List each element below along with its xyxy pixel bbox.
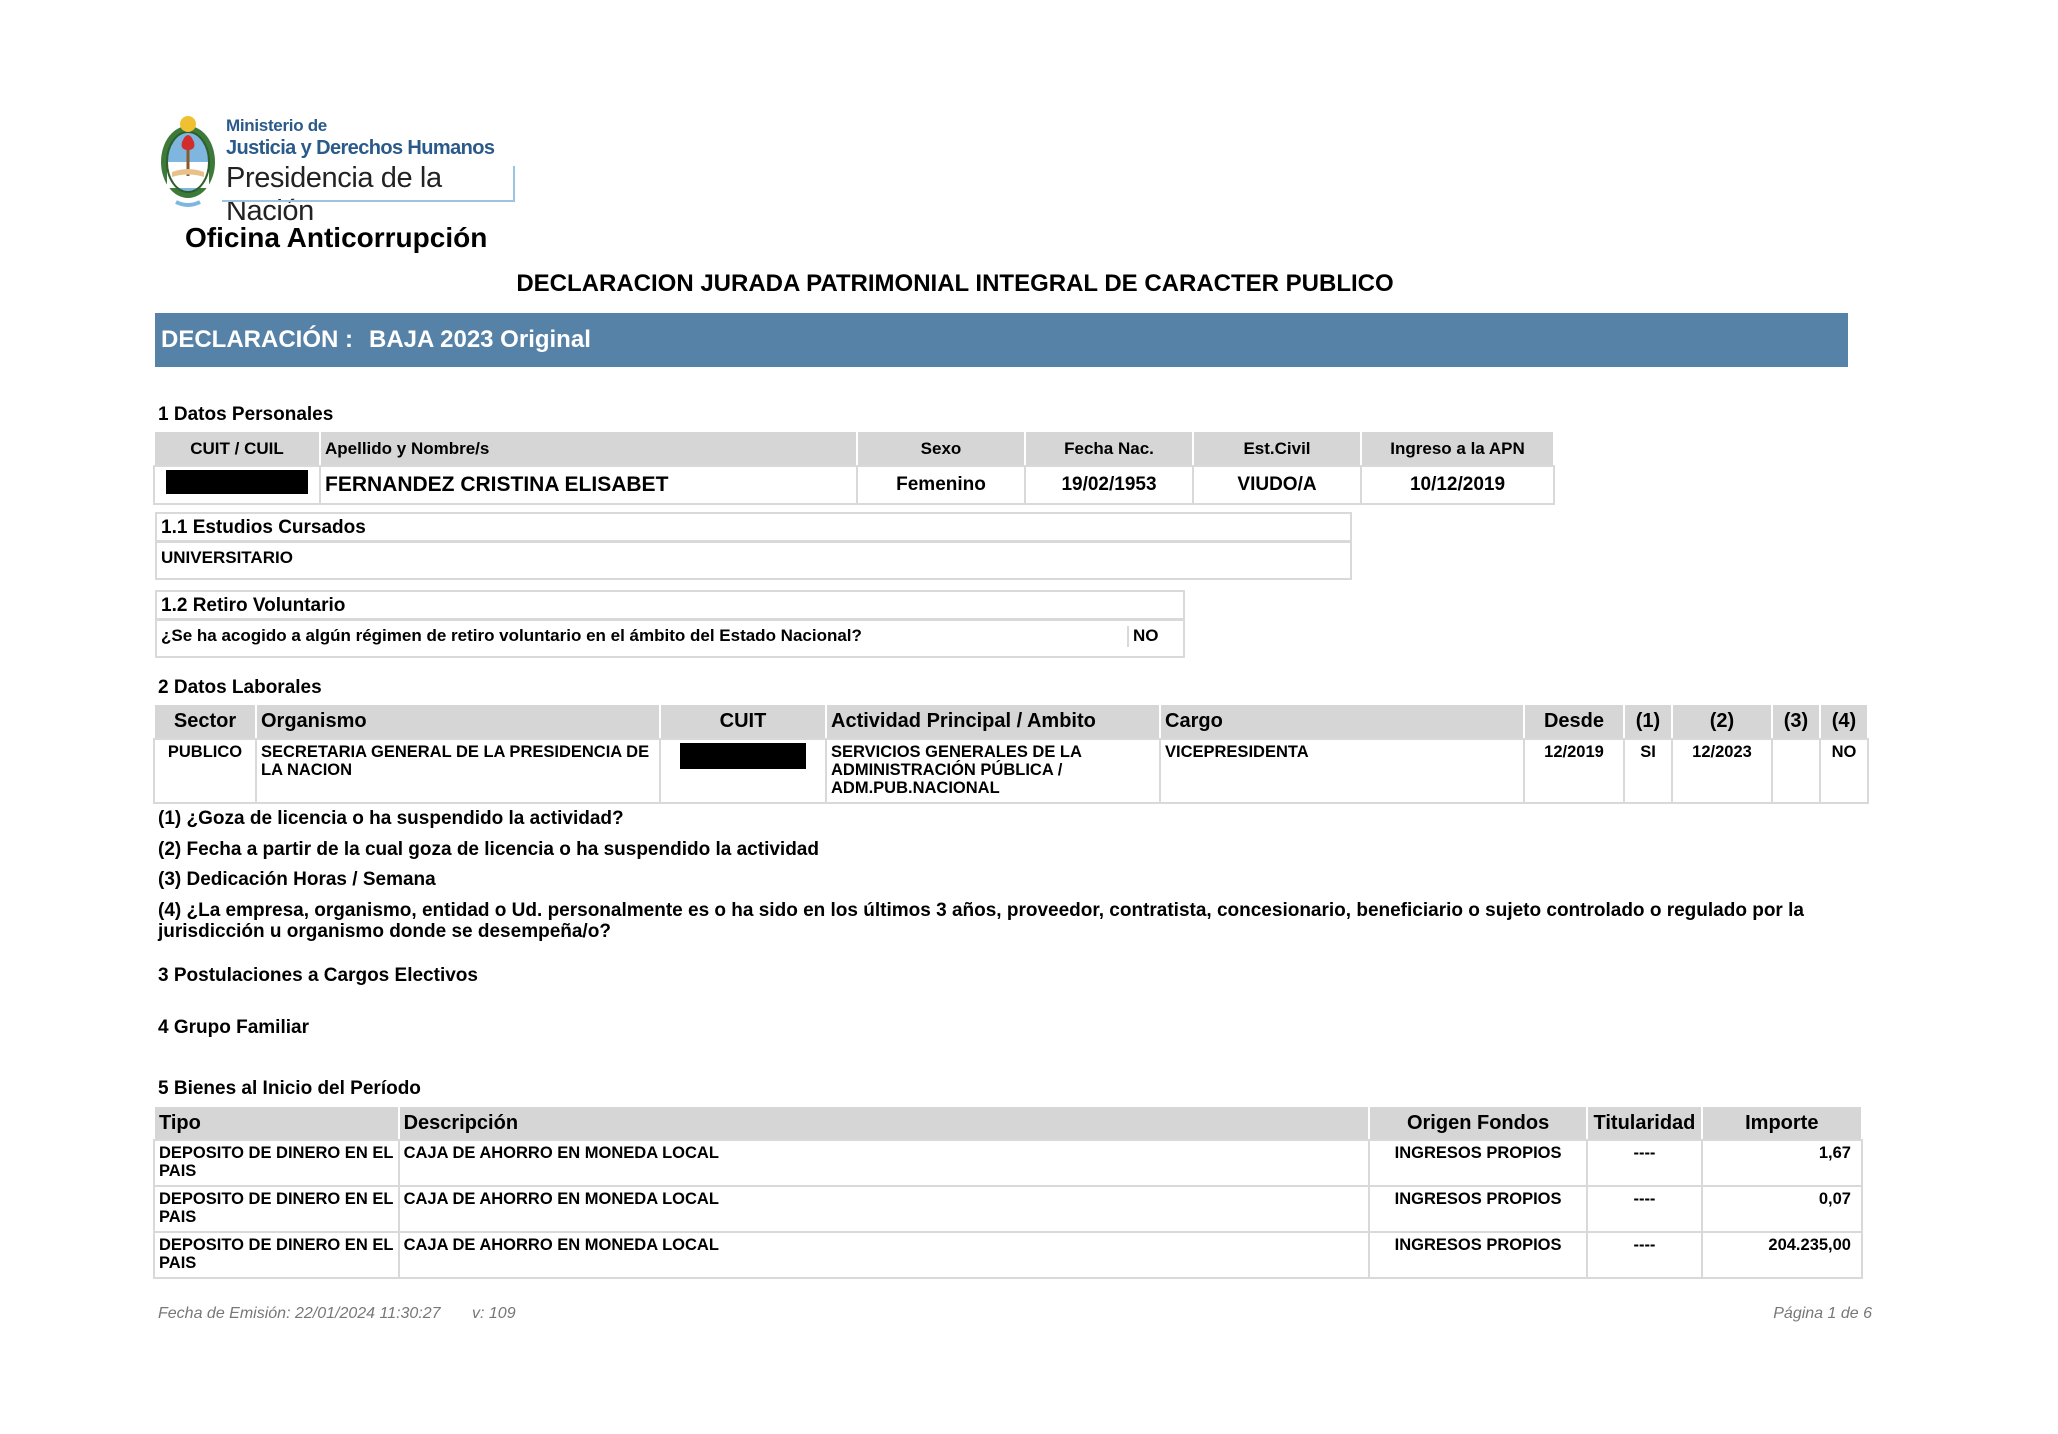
studies-title: 1.1 Estudios Cursados [157,514,1350,543]
page-number: Página 1 de 6 [1773,1305,1872,1323]
ownership: ---- [1588,1233,1700,1277]
logo-underline [222,200,514,202]
section-title-personal: 1 Datos Personales [158,404,333,426]
section-title-family: 4 Grupo Familiar [158,1017,309,1039]
logo-ministry-name: Justicia y Derechos Humanos [226,137,494,160]
voluntary-retirement-box: 1.2 Retiro Voluntario ¿Se ha acogido a a… [155,590,1185,658]
supplier-flag: NO [1821,740,1867,802]
table-header-row: Tipo Descripción Origen Fondos Titularid… [155,1107,1861,1139]
col-header: Descripción [400,1107,1368,1139]
office-name: Oficina Anticorrupción [185,222,487,254]
footnote-1: (1) ¿Goza de licencia o ha suspendido la… [158,808,1878,829]
main-activity: SERVICIOS GENERALES DE LA ADMINISTRACIÓN… [827,740,1159,802]
retirement-question: ¿Se ha acogido a algún régimen de retiro… [161,626,1129,647]
col-header: Organismo [257,705,659,738]
on-leave: SI [1625,740,1671,802]
declaration-label: DECLARACIÓN : [161,326,353,354]
ministry-logo: Ministerio de Justicia y Derechos Humano… [158,110,528,210]
col-header: Desde [1525,705,1623,738]
section-title-laboral: 2 Datos Laborales [158,677,322,699]
civil-status: VIUDO/A [1194,467,1360,503]
cuit-cell [155,467,319,503]
col-header: Origen Fondos [1370,1107,1587,1139]
organism: SECRETARIA GENERAL DE LA PRESIDENCIA DE … [257,740,659,802]
col-header: Importe [1703,1107,1861,1139]
col-header: Tipo [155,1107,398,1139]
col-header: (4) [1821,705,1867,738]
col-header: CUIT / CUIL [155,432,319,465]
logo-ministry-line: Ministerio de [226,116,327,136]
table-row: PUBLICO SECRETARIA GENERAL DE LA PRESIDE… [155,740,1867,802]
employment-table: Sector Organismo CUIT Actividad Principa… [153,703,1869,804]
logo-presidency: Presidencia de la Nación [226,162,528,228]
section-title-candidacies: 3 Postulaciones a Cargos Electivos [158,965,478,987]
studies-box: 1.1 Estudios Cursados UNIVERSITARIO [155,512,1352,580]
leave-date: 12/2023 [1673,740,1771,802]
section-title-assets: 5 Bienes al Inicio del Período [158,1078,421,1100]
redacted-cuit [166,470,308,494]
studies-value: UNIVERSITARIO [157,543,1350,574]
logo-vertical-rule [513,166,515,202]
retirement-title: 1.2 Retiro Voluntario [157,592,1183,621]
funds-origin: INGRESOS PROPIOS [1370,1141,1587,1185]
sector: PUBLICO [155,740,255,802]
asset-description: CAJA DE AHORRO EN MONEDA LOCAL [400,1187,1368,1231]
table-header-row: Sector Organismo CUIT Actividad Principa… [155,705,1867,738]
footnote-3: (3) Dedicación Horas / Semana [158,869,1878,890]
col-header: (1) [1625,705,1671,738]
assets-table: Tipo Descripción Origen Fondos Titularid… [153,1105,1863,1279]
table-row: FERNANDEZ CRISTINA ELISABET Femenino 19/… [155,467,1553,503]
ownership: ---- [1588,1187,1700,1231]
col-header: Apellido y Nombre/s [321,432,856,465]
table-row: DEPOSITO DE DINERO EN EL PAIS CAJA DE AH… [155,1187,1861,1231]
apn-entry-date: 10/12/2019 [1362,467,1553,503]
version: v: 109 [472,1305,516,1323]
col-header: Est.Civil [1194,432,1360,465]
table-row: DEPOSITO DE DINERO EN EL PAIS CAJA DE AH… [155,1233,1861,1277]
footnote-4: (4) ¿La empresa, organismo, entidad o Ud… [158,900,1878,942]
sex: Femenino [858,467,1024,503]
col-header: Sector [155,705,255,738]
asset-type: DEPOSITO DE DINERO EN EL PAIS [155,1233,398,1277]
col-header: Cargo [1161,705,1523,738]
argentina-coat-of-arms-icon [158,110,218,210]
amount: 0,07 [1703,1187,1861,1231]
since-date: 12/2019 [1525,740,1623,802]
funds-origin: INGRESOS PROPIOS [1370,1233,1587,1277]
asset-type: DEPOSITO DE DINERO EN EL PAIS [155,1187,398,1231]
asset-description: CAJA DE AHORRO EN MONEDA LOCAL [400,1141,1368,1185]
personal-data-table: CUIT / CUIL Apellido y Nombre/s Sexo Fec… [153,430,1555,505]
document-title: DECLARACION JURADA PATRIMONIAL INTEGRAL … [0,270,1910,298]
declaration-value: BAJA 2023 Original [369,326,591,354]
organism-cuit-cell [661,740,825,802]
asset-type: DEPOSITO DE DINERO EN EL PAIS [155,1141,398,1185]
funds-origin: INGRESOS PROPIOS [1370,1187,1587,1231]
ownership: ---- [1588,1141,1700,1185]
table-header-row: CUIT / CUIL Apellido y Nombre/s Sexo Fec… [155,432,1553,465]
col-header: Sexo [858,432,1024,465]
emission-date: Fecha de Emisión: 22/01/2024 11:30:27 [158,1305,441,1323]
asset-description: CAJA DE AHORRO EN MONEDA LOCAL [400,1233,1368,1277]
birth-date: 19/02/1953 [1026,467,1192,503]
amount: 1,67 [1703,1141,1861,1185]
col-header: Titularidad [1588,1107,1700,1139]
retirement-answer: NO [1129,626,1179,647]
table-row: DEPOSITO DE DINERO EN EL PAIS CAJA DE AH… [155,1141,1861,1185]
redacted-cuit [680,743,806,769]
col-header: (3) [1773,705,1819,738]
declaration-banner: DECLARACIÓN : BAJA 2023 Original [155,313,1848,367]
col-header: Actividad Principal / Ambito [827,705,1159,738]
full-name: FERNANDEZ CRISTINA ELISABET [321,467,856,503]
retirement-row: ¿Se ha acogido a algún régimen de retiro… [157,621,1183,652]
col-header: Fecha Nac. [1026,432,1192,465]
position: VICEPRESIDENTA [1161,740,1523,802]
col-header: (2) [1673,705,1771,738]
footnote-2: (2) Fecha a partir de la cual goza de li… [158,839,1878,860]
hours-per-week [1773,740,1819,802]
col-header: CUIT [661,705,825,738]
col-header: Ingreso a la APN [1362,432,1553,465]
amount: 204.235,00 [1703,1233,1861,1277]
